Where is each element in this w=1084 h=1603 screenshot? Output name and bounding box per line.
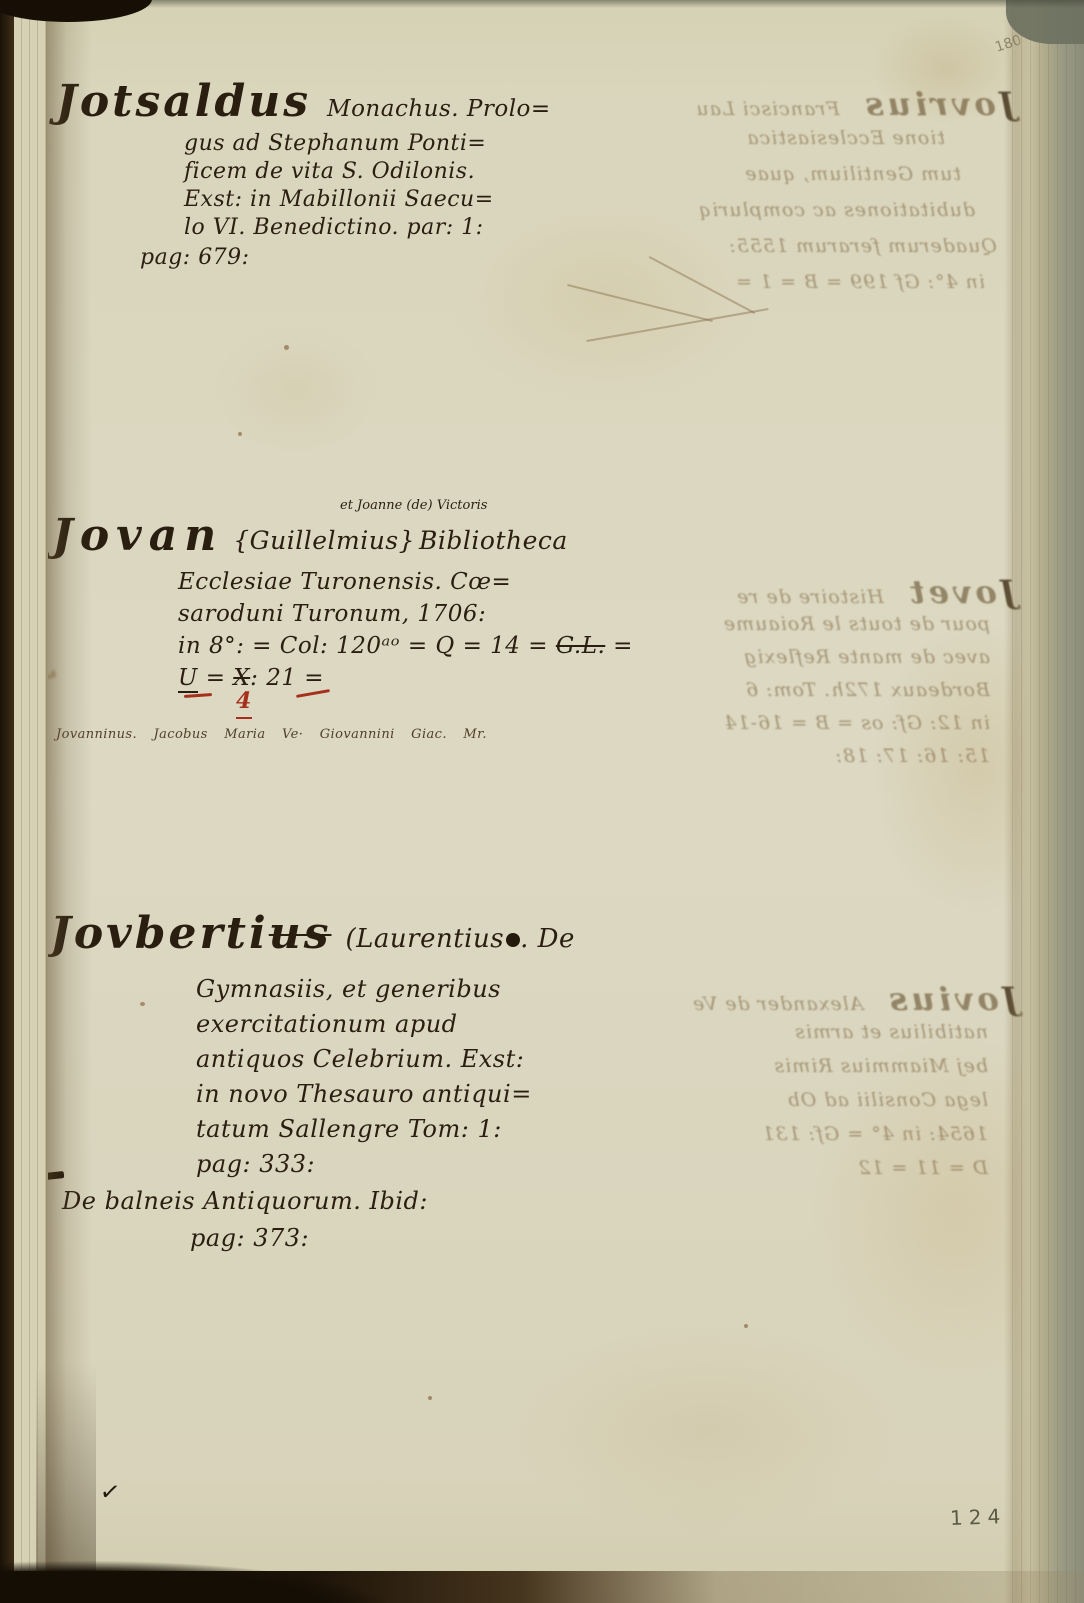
bleedthrough-heading: Jovet bbox=[906, 576, 1016, 608]
entry-heading: Jovbertius bbox=[50, 912, 331, 956]
page-top-edge-shadow bbox=[120, 0, 1084, 8]
pencil-page-number: 124 bbox=[950, 1504, 1007, 1530]
book-bottom-left-shadow bbox=[0, 1541, 470, 1603]
bleedthrough-line: avec de mante Reflexig bbox=[618, 641, 990, 674]
entry-line: Gymnasiis, et generibus bbox=[196, 972, 590, 1007]
entry-jovbertius: Jovbertius (Laurentius. De Gymnasiis, et… bbox=[50, 912, 590, 1257]
entry-line: pag: 679: bbox=[140, 244, 576, 272]
bleedthrough-heading-row: Jovrius Francisci Lau bbox=[545, 88, 1015, 120]
symbols-struck: G.L. bbox=[556, 633, 605, 659]
bleedthrough-heading-rest: Francisci Lau bbox=[695, 98, 839, 120]
entry-heading-rest: Monachus. Prolo= bbox=[327, 96, 551, 122]
shelf-u: U bbox=[178, 665, 198, 693]
note-jovanninus: Jovanninus. Jacobus Maria Ve· Giovannini… bbox=[56, 727, 487, 742]
bleedthrough-line: 15: 16: 17: 18: bbox=[618, 740, 990, 773]
bleedthrough-block-middle: Jovet Histoire de re pour de touts le Ro… bbox=[618, 576, 1016, 773]
bleedthrough-line: 1654: in 4° = Gf: 131 bbox=[612, 1117, 988, 1151]
entry-line: Exst: in Mabillonii Saecu= bbox=[184, 186, 576, 214]
bleedthrough-heading: Jovius bbox=[885, 983, 1018, 1015]
symbols-pre: in 8°: = Col: 120ᵃᵒ = Q = 14 = bbox=[178, 633, 556, 659]
bleedthrough-line: pour de touts le Roiaume bbox=[618, 608, 990, 641]
entry-line-shelfmark: U = X: 21 = 4 bbox=[178, 662, 592, 694]
entry-line: in novo Thesauro antiqui= bbox=[196, 1077, 590, 1112]
entry-heading-row: Jovbertius (Laurentius. De bbox=[50, 912, 590, 956]
entry-line: Ecclesiae Turonensis. Cœ= bbox=[178, 566, 592, 598]
bleedthrough-line: in 12: Gf: os = B = 16-14 bbox=[618, 707, 990, 740]
bleedthrough-line: bej Miammius Rimis bbox=[612, 1049, 988, 1083]
entry-line: ficem de vita S. Odilonis. bbox=[184, 158, 576, 186]
bleedthrough-line: Bordeaux 172h. Tom: 6 bbox=[618, 674, 990, 707]
symbols-post: = bbox=[605, 633, 633, 659]
book-binding-edge bbox=[0, 0, 14, 1603]
entry-line: tatum Sallengre Tom: 1: bbox=[196, 1112, 590, 1147]
entry-line: exercitationum apud bbox=[196, 1007, 590, 1042]
entry-jovan: et Joanne (de) Victoris Jovan {Guillelmi… bbox=[52, 496, 592, 694]
shelf-rest: : 21 = bbox=[250, 665, 324, 691]
bleedthrough-heading-rest: Alexander de Ve bbox=[692, 993, 864, 1015]
bleedthrough-block-top: Jovrius Francisci Lau tione Ecclesiastic… bbox=[545, 88, 1015, 300]
paper-speck bbox=[428, 1396, 432, 1400]
entry-body: gus ad Stephanum Ponti= ficem de vita S.… bbox=[184, 130, 576, 272]
bleedthrough-line: Quaderum ferarum 1555: bbox=[545, 228, 997, 264]
entry-heading-rest: Bibliotheca bbox=[419, 526, 568, 555]
entry-line: antiquos Celebrium. Exst: bbox=[196, 1042, 590, 1077]
bleedthrough-line: tione Ecclesiastica bbox=[545, 120, 945, 156]
paper-speck bbox=[284, 345, 289, 350]
interlinear-insertion: et Joanne (de) Victoris bbox=[340, 498, 487, 513]
entry-line-symbols: in 8°: = Col: 120ᵃᵒ = Q = 14 = G.L. = bbox=[178, 630, 592, 662]
entry-line: pag: 333: bbox=[196, 1147, 590, 1182]
bleedthrough-heading: Jovrius bbox=[862, 88, 1015, 120]
entry-author-paren: {Guillelmius} bbox=[233, 526, 415, 555]
shelf-eq: = bbox=[198, 665, 233, 691]
paper-speck bbox=[140, 1002, 145, 1006]
bleedthrough-line: D = 11 = 12 bbox=[612, 1151, 988, 1185]
entry-line: gus ad Stephanum Ponti= bbox=[184, 130, 576, 158]
entry-heading-row: Jovan {Guillelmius} Bibliotheca bbox=[52, 514, 592, 558]
entry-body: Gymnasiis, et generibus exercitationum a… bbox=[196, 972, 590, 1182]
page-right-deckle-edge bbox=[1004, 0, 1084, 1603]
entry-body: Ecclesiae Turonensis. Cœ= saroduni Turon… bbox=[178, 566, 592, 694]
paper-speck bbox=[238, 432, 242, 436]
ink-checkmark: ✓ bbox=[98, 1477, 122, 1508]
entry-line: lo VI. Benedictino. par: 1: bbox=[184, 214, 576, 242]
entry-line: saroduni Turonum, 1706: bbox=[178, 598, 592, 630]
bleedthrough-heading-rest: Histoire de re bbox=[736, 586, 884, 608]
heading-struck-tail: us bbox=[269, 908, 332, 959]
bleedthrough-line: lega Consilii ad Ob bbox=[612, 1083, 988, 1117]
red-correction-4: 4 bbox=[236, 685, 252, 719]
bleedthrough-heading-row: Jovet Histoire de re bbox=[618, 576, 1016, 608]
entry-hanging-line: De balneis Antiquorum. Ibid: bbox=[62, 1184, 590, 1219]
entry-heading-row: Jotsaldus Monachus. Prolo= bbox=[56, 80, 576, 124]
entry-heading: Jotsaldus bbox=[56, 80, 311, 124]
entry-jotsaldus: Jotsaldus Monachus. Prolo= gus ad Stepha… bbox=[56, 80, 576, 272]
entry-author-paren: (Laurentius. De bbox=[345, 924, 574, 954]
paper-speck bbox=[744, 1324, 748, 1328]
manuscript-scan: Jovrius Francisci Lau tione Ecclesiastic… bbox=[0, 0, 1084, 1603]
bleedthrough-line: natibilius et armis bbox=[612, 1015, 988, 1049]
bleedthrough-block-bottom: Jovius Alexander de Ve natibilius et arm… bbox=[612, 983, 1018, 1185]
bleedthrough-heading-row: Jovius Alexander de Ve bbox=[612, 983, 1018, 1015]
ink-blot bbox=[506, 933, 520, 947]
bleedthrough-line: tum Gentilium, quae bbox=[545, 156, 961, 192]
entry-hanging-page: pag: 373: bbox=[190, 1219, 590, 1257]
bleedthrough-line: dubitationes ac compluriq bbox=[545, 192, 975, 228]
